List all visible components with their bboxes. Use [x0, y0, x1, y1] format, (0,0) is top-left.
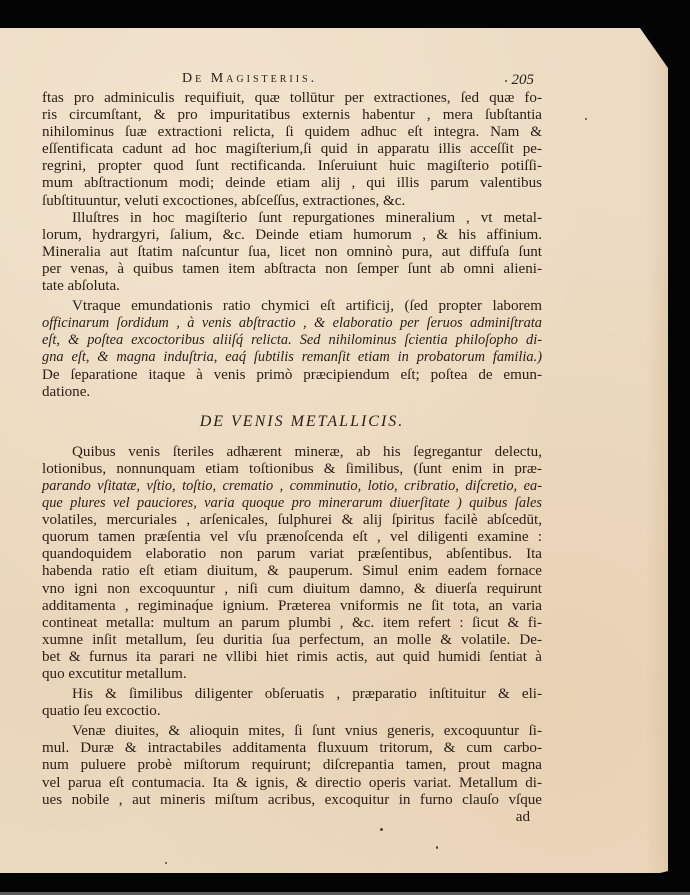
text-line-italic: que plures vel pauciores, varia quoque p… — [42, 495, 542, 512]
text-line: Quibus venis ſteriles adhærent mineræ, a… — [42, 444, 542, 461]
paragraph: Illuſtres in hoc magiſterio ſunt repurga… — [42, 210, 542, 295]
text-line: nihilominus ſuæ extractioni relicta, ſi … — [42, 124, 542, 141]
section-heading: DE VENIS METALLICIS. — [42, 413, 542, 430]
text-line: Vtraque emundationis ratio chymici eſt a… — [42, 298, 542, 315]
text-line: ris circumſtant, & pro impuritatibus ext… — [42, 107, 542, 124]
page-edge-shadow — [646, 28, 668, 873]
text-line: Illuſtres in hoc magiſterio ſunt repurga… — [42, 210, 542, 227]
paragraph: His & ſimilibus diligenter obſeruatis , … — [42, 686, 542, 720]
page-text: De Magisteriis. 205 ftas pro adminiculis… — [42, 70, 542, 826]
text-line: volatiles, mercuriales , arſenicales, ſu… — [42, 512, 542, 529]
text-line: mum abſtractionum modi; deinde etiam ali… — [42, 175, 542, 192]
text-line: quandoquidem elaboratio non parum variat… — [42, 546, 542, 563]
text-line: datione. — [42, 384, 542, 401]
text-line: vel parua eſt contumacia. Ita & ignis, &… — [42, 775, 542, 792]
text-line: De ſeparatione itaque à venis primò præc… — [42, 367, 542, 384]
paper-speck — [165, 862, 167, 864]
text-line: habenda ratio eſt etiam diuitum, & paupe… — [42, 563, 542, 580]
running-title: De Magisteriis. — [182, 70, 317, 87]
text-line: mul. Duræ & intractabiles additamenta fl… — [42, 740, 542, 757]
text-line: quatio ſeu excoctio. — [42, 703, 542, 720]
text-line: ues nobile , aut mineris miſtum acribus,… — [42, 792, 542, 809]
text-line: contineat metalla: multum an parum plumb… — [42, 615, 542, 632]
paragraph: Quibus venis ſteriles adhærent mineræ, a… — [42, 444, 542, 683]
book-page: De Magisteriis. 205 ftas pro adminiculis… — [0, 28, 668, 873]
paper-speck — [380, 828, 383, 831]
text-line-italic: officinarum ſordidum , à venis abſtracti… — [42, 315, 542, 332]
catchword: ad — [42, 809, 542, 826]
text-line: num puluere probè miſtorum requirunt; di… — [42, 757, 542, 774]
text-line: ſubſtituuntur, veluti excoctiones, abſce… — [42, 193, 542, 210]
text-line: bet & furnus ita parari ne vllibi hiet r… — [42, 649, 542, 666]
text-line: tate abſoluta. — [42, 278, 542, 295]
running-head: De Magisteriis. 205 — [42, 70, 542, 90]
text-line: Mineralia aut ſtatim naſcuntur ſua, lice… — [42, 244, 542, 261]
text-line-italic: eſt, & poſtea excoctoribus aliiſq́ relic… — [42, 332, 542, 349]
text-line: Venæ diuites, & alioquin mites, ſi ſunt … — [42, 723, 542, 740]
text-line: regrini, propter quod ſunt rectificanda.… — [42, 158, 542, 175]
text-line: ftas pro adminiculis requifiuit, quæ tol… — [42, 90, 542, 107]
text-line-italic: gna eſt, & magna induſtria, eaq́ ſubtili… — [42, 349, 542, 366]
text-line: quo excutitur metallum. — [42, 666, 542, 683]
page-number: 205 — [512, 72, 535, 89]
text-line: His & ſimilibus diligenter obſeruatis , … — [42, 686, 542, 703]
text-line: per venas, à quibus tamen item abſtracta… — [42, 261, 542, 278]
text-line-italic: parando vſitatæ, vſtio, toſtio, crematio… — [42, 478, 542, 495]
paragraph: Vtraque emundationis ratio chymici eſt a… — [42, 298, 542, 401]
text-line: lorum, hydrargyri, ſalium, &c. Deinde et… — [42, 227, 542, 244]
paper-speck — [585, 118, 587, 120]
text-line: vno igni non excoquuntur , niſi cum diui… — [42, 581, 542, 598]
text-line: additamenta , regiminaq́ue ignium. Præte… — [42, 598, 542, 615]
text-line: eſſentificata cadunt ad hoc magiſterium,… — [42, 141, 542, 158]
paper-speck — [436, 846, 438, 849]
text-line: xumne inſit metallum, ſeu duritia ſua pe… — [42, 632, 542, 649]
text-line: lotionibus, nonnunquam etiam toſtionibus… — [42, 461, 542, 478]
paragraph: ftas pro adminiculis requifiuit, quæ tol… — [42, 90, 542, 210]
text-line: quorum tamen præſentia vel vſu prænoſcen… — [42, 529, 542, 546]
paragraph: Venæ diuites, & alioquin mites, ſi ſunt … — [42, 723, 542, 808]
